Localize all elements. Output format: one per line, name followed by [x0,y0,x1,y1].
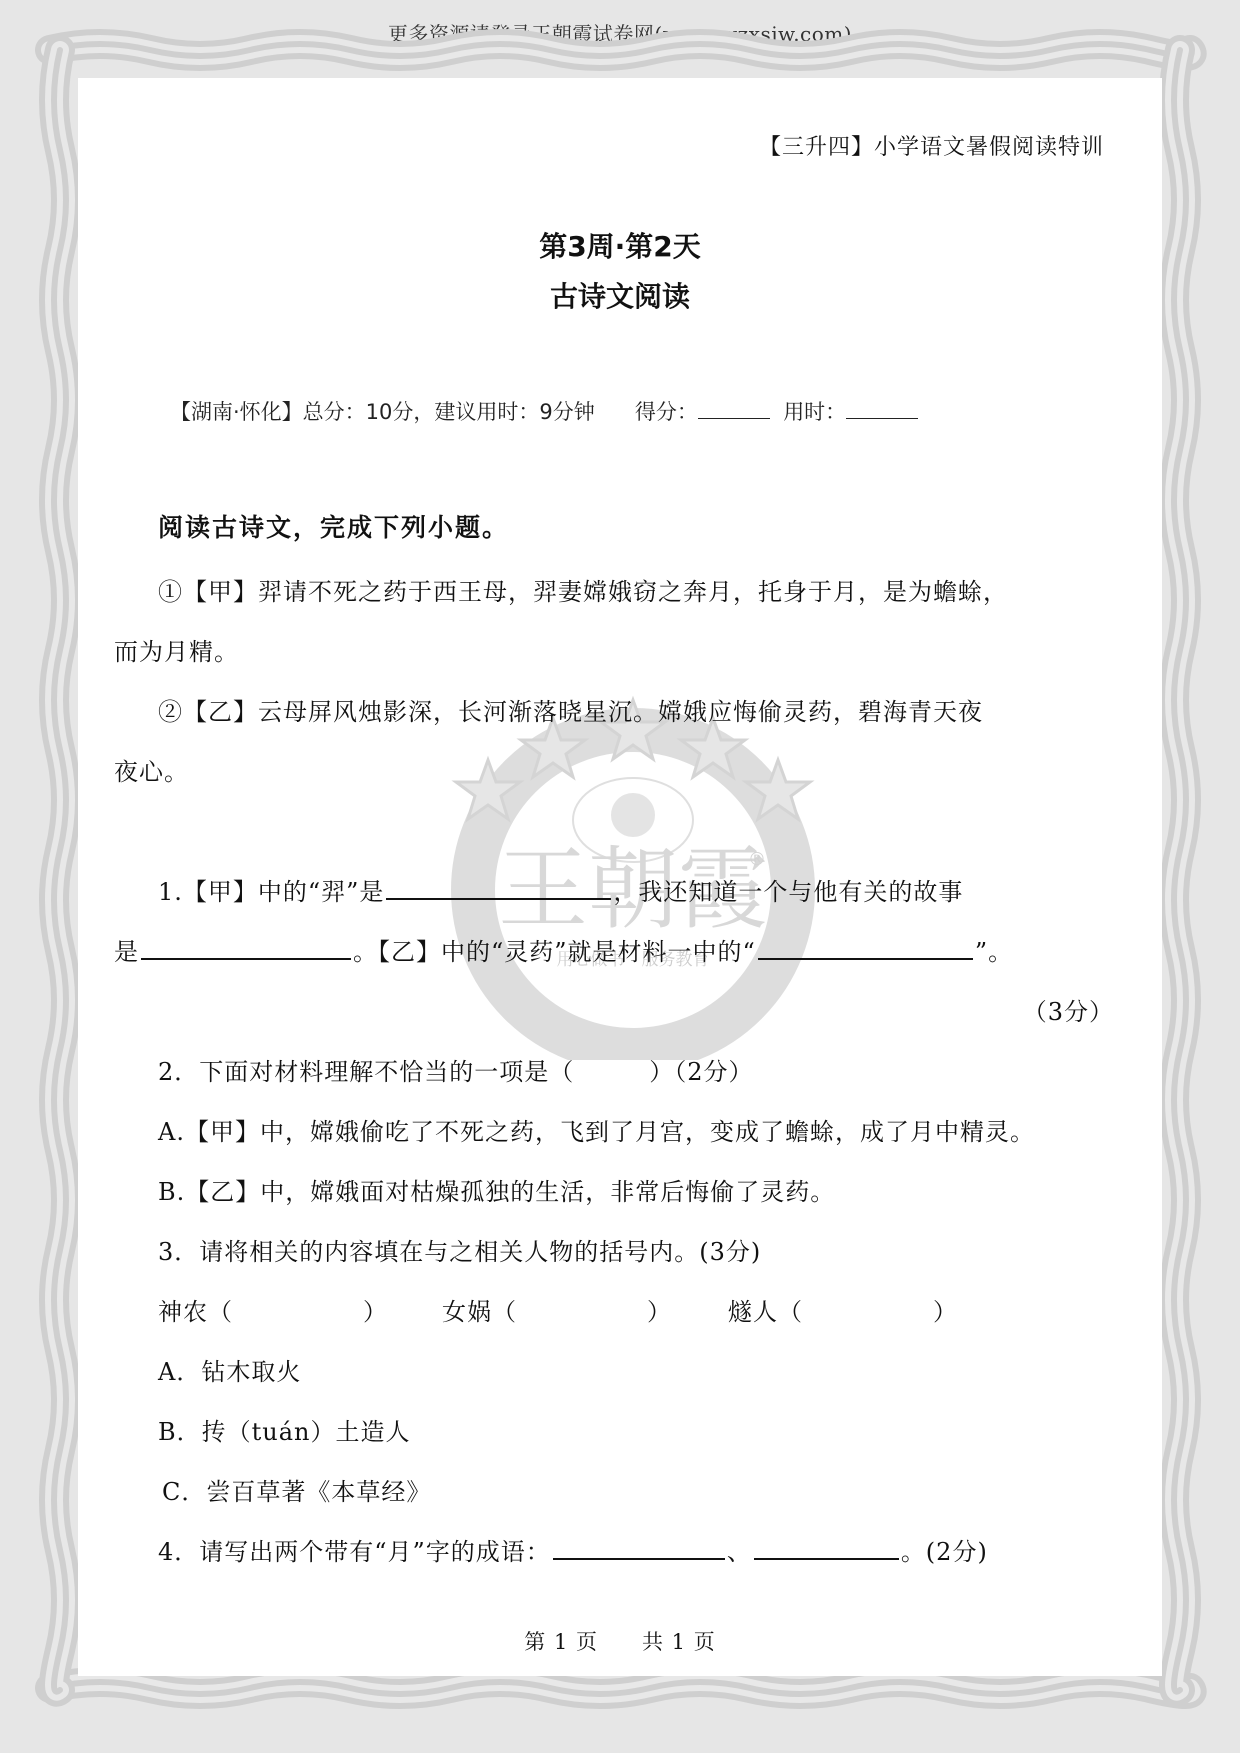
question-4: 4．请写出两个带有“月”字的成语：、。(2分) [158,1532,988,1567]
page-number-footer: 第 1 页 共 1 页 [0,1626,1240,1656]
passage-yi-line1: ②【乙】云母屏风烛影深，长河渐落晓星沉。嫦娥应悔偷灵药，碧海青天夜 [158,692,983,727]
passage-yi-line2: 夜心。 [114,752,189,787]
time-label: 用时： [783,400,846,424]
question-3-option-c: C．尝百草著《本草经》 [162,1472,431,1507]
svg-text:®: ® [748,849,766,870]
question-1-line2: 是。【乙】中的“灵药”就是材料一中的“”。 [114,932,1013,967]
question-2-stem: 2．下面对材料理解不恰当的一项是（ ）（2分） [158,1052,754,1087]
q1-answer-blank-1[interactable] [386,876,611,900]
q4-answer-blank-1[interactable] [553,1536,725,1560]
question-1-line1: 1.【甲】中的“羿”是，我还知道一个与他有关的故事 [158,872,963,907]
series-header: 【三升四】小学语文暑假阅读特训 [759,130,1104,161]
time-field[interactable] [846,400,918,419]
question-3-stem: 3．请将相关的内容填在与之相关人物的括号内。(3分) [158,1232,761,1267]
question-2-option-b: B.【乙】中，嫦娥面对枯燥孤独的生活，非常后悔偷了灵药。 [158,1172,835,1207]
q1-answer-blank-3[interactable] [758,936,973,960]
q1-answer-blank-2[interactable] [141,936,351,960]
question-3-option-a: A．钻木取火 [158,1352,301,1387]
score-label: 得分： [635,400,698,424]
passage-jia-line2: 而为月精。 [114,632,239,667]
score-field[interactable] [698,400,770,419]
question-2-option-a: A.【甲】中，嫦娥偷吃了不死之药，飞到了月宫，变成了蟾蜍，成了月中精灵。 [158,1112,1035,1147]
exam-meta-line: 【湖南·怀化】总分：10分，建议用时：9分钟 得分： 用时： [170,396,918,426]
passage-jia-line1: ①【甲】羿请不死之药于西王母，羿妻嫦娥窃之奔月，托身于月，是为蟾蜍， [158,572,1008,607]
question-1-score: （3分） [1023,992,1114,1027]
week-day-title: 第3周·第2天 [0,225,1240,265]
question-3-option-b: B．抟（tuán）土造人 [158,1412,411,1447]
question-3-person-nvwa: 女娲（） [442,1292,672,1327]
q4-answer-blank-2[interactable] [754,1536,899,1560]
question-3-person-suiren: 燧人（） [728,1292,958,1327]
instruction: 阅读古诗文，完成下列小题。 [158,508,509,544]
question-3-person-shennong: 神农（） [158,1292,388,1327]
topic-title: 古诗文阅读 [0,275,1240,315]
region-info: 【湖南·怀化】总分：10分，建议用时：9分钟 [170,400,595,424]
